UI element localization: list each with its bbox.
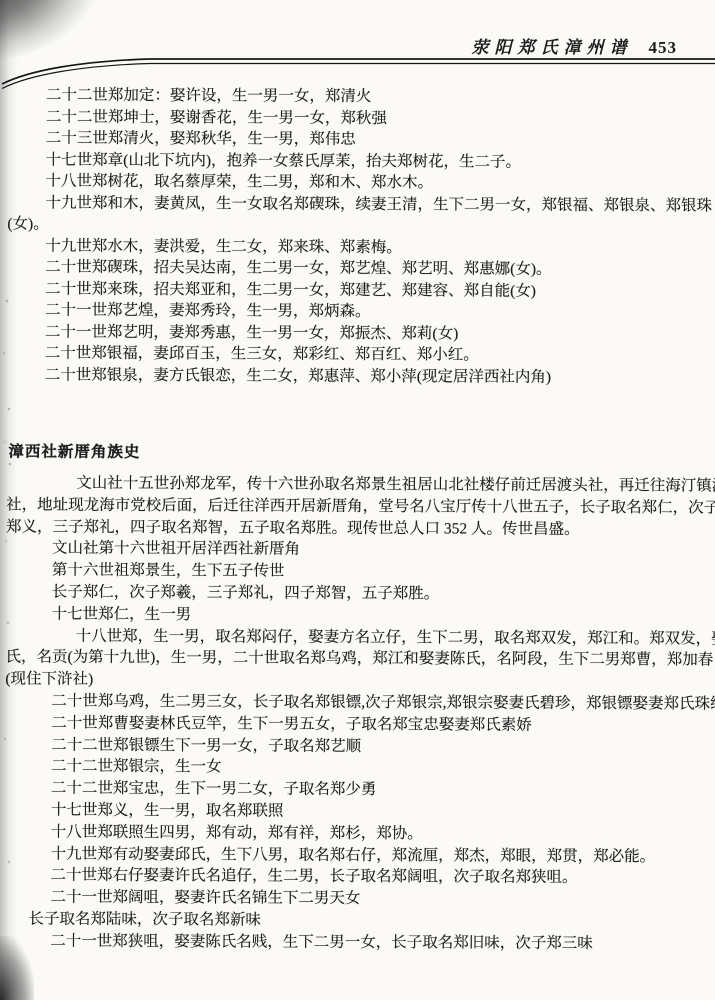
genealogy-text-line: (女)。 <box>5 213 710 238</box>
genealogy-text-line: 二十世郑曹娶妻林氏豆竿，生下一男五女，子取名郑宝忠娶妻郑氏素娇 <box>3 712 708 737</box>
scan-noise-speckles <box>0 0 2 2</box>
genealogy-text-line: 十九世郑水木，妻洪爱，生二女，郑来珠、郑素梅。 <box>5 235 710 260</box>
genealogy-text-line: 二十二世郑宝忠，生下一男二女，子取名郑少勇 <box>3 778 708 803</box>
section-heading: 漳西社新厝角族史 <box>8 442 709 465</box>
genealogy-text-line: 十七世郑章(山北下坑内)，抱养一女蔡氏厚茉，抬夫郑树花，生二子。 <box>6 149 711 174</box>
genealogy-text-line: 二十世郑碶珠，招夫吴达南，生二男一女，郑艺煌、郑艺明、郑惠娜(女)。 <box>5 256 710 281</box>
page-header: 荥阳郑氏漳州谱 453 <box>472 33 678 58</box>
genealogy-text-line: 二十世郑右仔娶妻许氏名追仔，生二男，长子取名郑阔咀，次子取名郑狭咀。 <box>3 865 708 890</box>
genealogy-text-line: 郑义，三子郑礼，四子取名郑智，五子取名郑胜。现传世总人口 352 人。传世昌盛。 <box>4 516 709 541</box>
genealogy-text-line: 长子郑仁，次子郑羲，三子郑礼，四子郑智，五子郑胜。 <box>4 581 709 606</box>
genealogy-text-line: 长子取名郑陆味，次子取名郑新味 <box>2 908 707 933</box>
genealogy-text-line: 二十世郑乌鸡，生二男三女，长子取名郑银镖,次子郑银宗,郑银宗娶妻氏碧珍，郑银镖娶… <box>3 690 708 715</box>
genealogy-text-line: 十九世郑有动娶妻邱氏，生下八男，取名郑右仔，郑流厘，郑杰，郑眼，郑贯，郑必能。 <box>3 843 708 868</box>
genealogy-text-line: 二十二世郑坤士，娶谢香花，生一男一女，郑秋强 <box>6 106 711 131</box>
genealogy-text-line: 二十世郑银泉，妻方氏银恋，生二女，郑惠萍、郑小萍(现定居洋西社内角) <box>5 364 710 389</box>
book-title: 荥阳郑氏漳州谱 <box>472 33 633 58</box>
genealogy-text-line: 二十一世郑狭咀，娶妻陈氏名贱，生下二男一女，长子取名郑旧味，次子郑三味 <box>2 930 707 955</box>
genealogy-text-line: (现住下浒社) <box>3 669 708 694</box>
genealogy-text-line: 二十世郑银福，妻邱百玉，生三女，郑彩红、郑百红、郑小红。 <box>5 342 710 367</box>
genealogy-text-line: 二十一世郑阔咀，娶妻许氏名锦生下二男天女 <box>2 887 707 912</box>
genealogy-text-line: 第十六世祖郑景生，生下五子传世 <box>4 560 709 585</box>
genealogy-text-line: 文山社十五世孙郑龙军，传十六世孙取名郑景生祖居山北社楼仔前迁居渡头社，再迁往海汀… <box>4 472 709 497</box>
page-number: 453 <box>649 38 678 58</box>
genealogy-block-continuation: 二十二世郑加定：娶许设，生一男一女，郑清火二十二世郑坤士，娶谢香花，生一男一女，… <box>5 84 711 388</box>
genealogy-text-line: 二十二世郑银宗，生一女 <box>3 756 708 781</box>
genealogy-text-line: 十八世郑树花，取名蔡厚荣，生二男，郑和木、郑水木。 <box>6 170 711 195</box>
genealogy-block-xincuojiao: 文山社十五世孙郑龙军，传十六世孙取名郑景生祖居山北社楼仔前迁居渡头社，再迁往海汀… <box>2 472 709 955</box>
genealogy-text-line: 十七世郑仁，生一男 <box>4 603 709 628</box>
genealogy-text-line: 十八世郑联照生四男，郑有动，郑有祥，郑杉，郑协。 <box>3 821 708 846</box>
genealogy-text-line: 二十二世郑银镖生下一男一女，子取名郑艺顺 <box>3 734 708 759</box>
genealogy-text-line: 文山社第十六世祖开居洋西社新厝角 <box>4 538 709 563</box>
genealogy-text-line: 氏，名贡(为第十九世)，生一男，二十世取名郑乌鸡，郑江和娶妻陈氏，名阿段，生下二… <box>3 647 708 672</box>
genealogy-text-line: 社，地址现龙海市党校后面，后迁往洋西开居新厝角，堂号名八宝厅传十八世五子，长子取… <box>4 494 709 519</box>
scanned-genealogy-page: 荥阳郑氏漳州谱 453 二十二世郑加定：娶许设，生一男一女，郑清火二十二世郑坤士… <box>0 0 715 1000</box>
genealogy-text-line: 二十世郑来珠，招夫郑亚和，生二男一女，郑建艺、郑建容、郑自能(女) <box>5 278 710 303</box>
genealogy-text-line: 二十一世郑艺明，妻郑秀惠，生一男一女，郑振杰、郑莉(女) <box>5 321 710 346</box>
genealogy-text-line: 二十三世郑清火，娶郑秋华，生一男，郑伟忠 <box>6 127 711 152</box>
genealogy-text-line: 十八世郑，生一男，取名郑闷仔，娶妻方名立仔，生下二男，取名郑双发，郑江和。郑双发… <box>4 625 709 650</box>
page-body: 二十二世郑加定：娶许设，生一男一女，郑清火二十二世郑坤士，娶谢香花，生一男一女，… <box>2 84 711 955</box>
genealogy-text-line: 二十二世郑加定：娶许设，生一男一女，郑清火 <box>6 84 711 109</box>
genealogy-text-line: 二十一世郑艺煌，妻郑秀玲，生一男，郑炳森。 <box>5 299 710 324</box>
genealogy-text-line: 十九世郑和木，妻黄凤，生一女取名郑碶珠，续妻王清，生下二男一女，郑银福、郑银泉、… <box>5 192 710 217</box>
genealogy-text-line: 十七世郑义，生一男，取名郑联照 <box>3 799 708 824</box>
